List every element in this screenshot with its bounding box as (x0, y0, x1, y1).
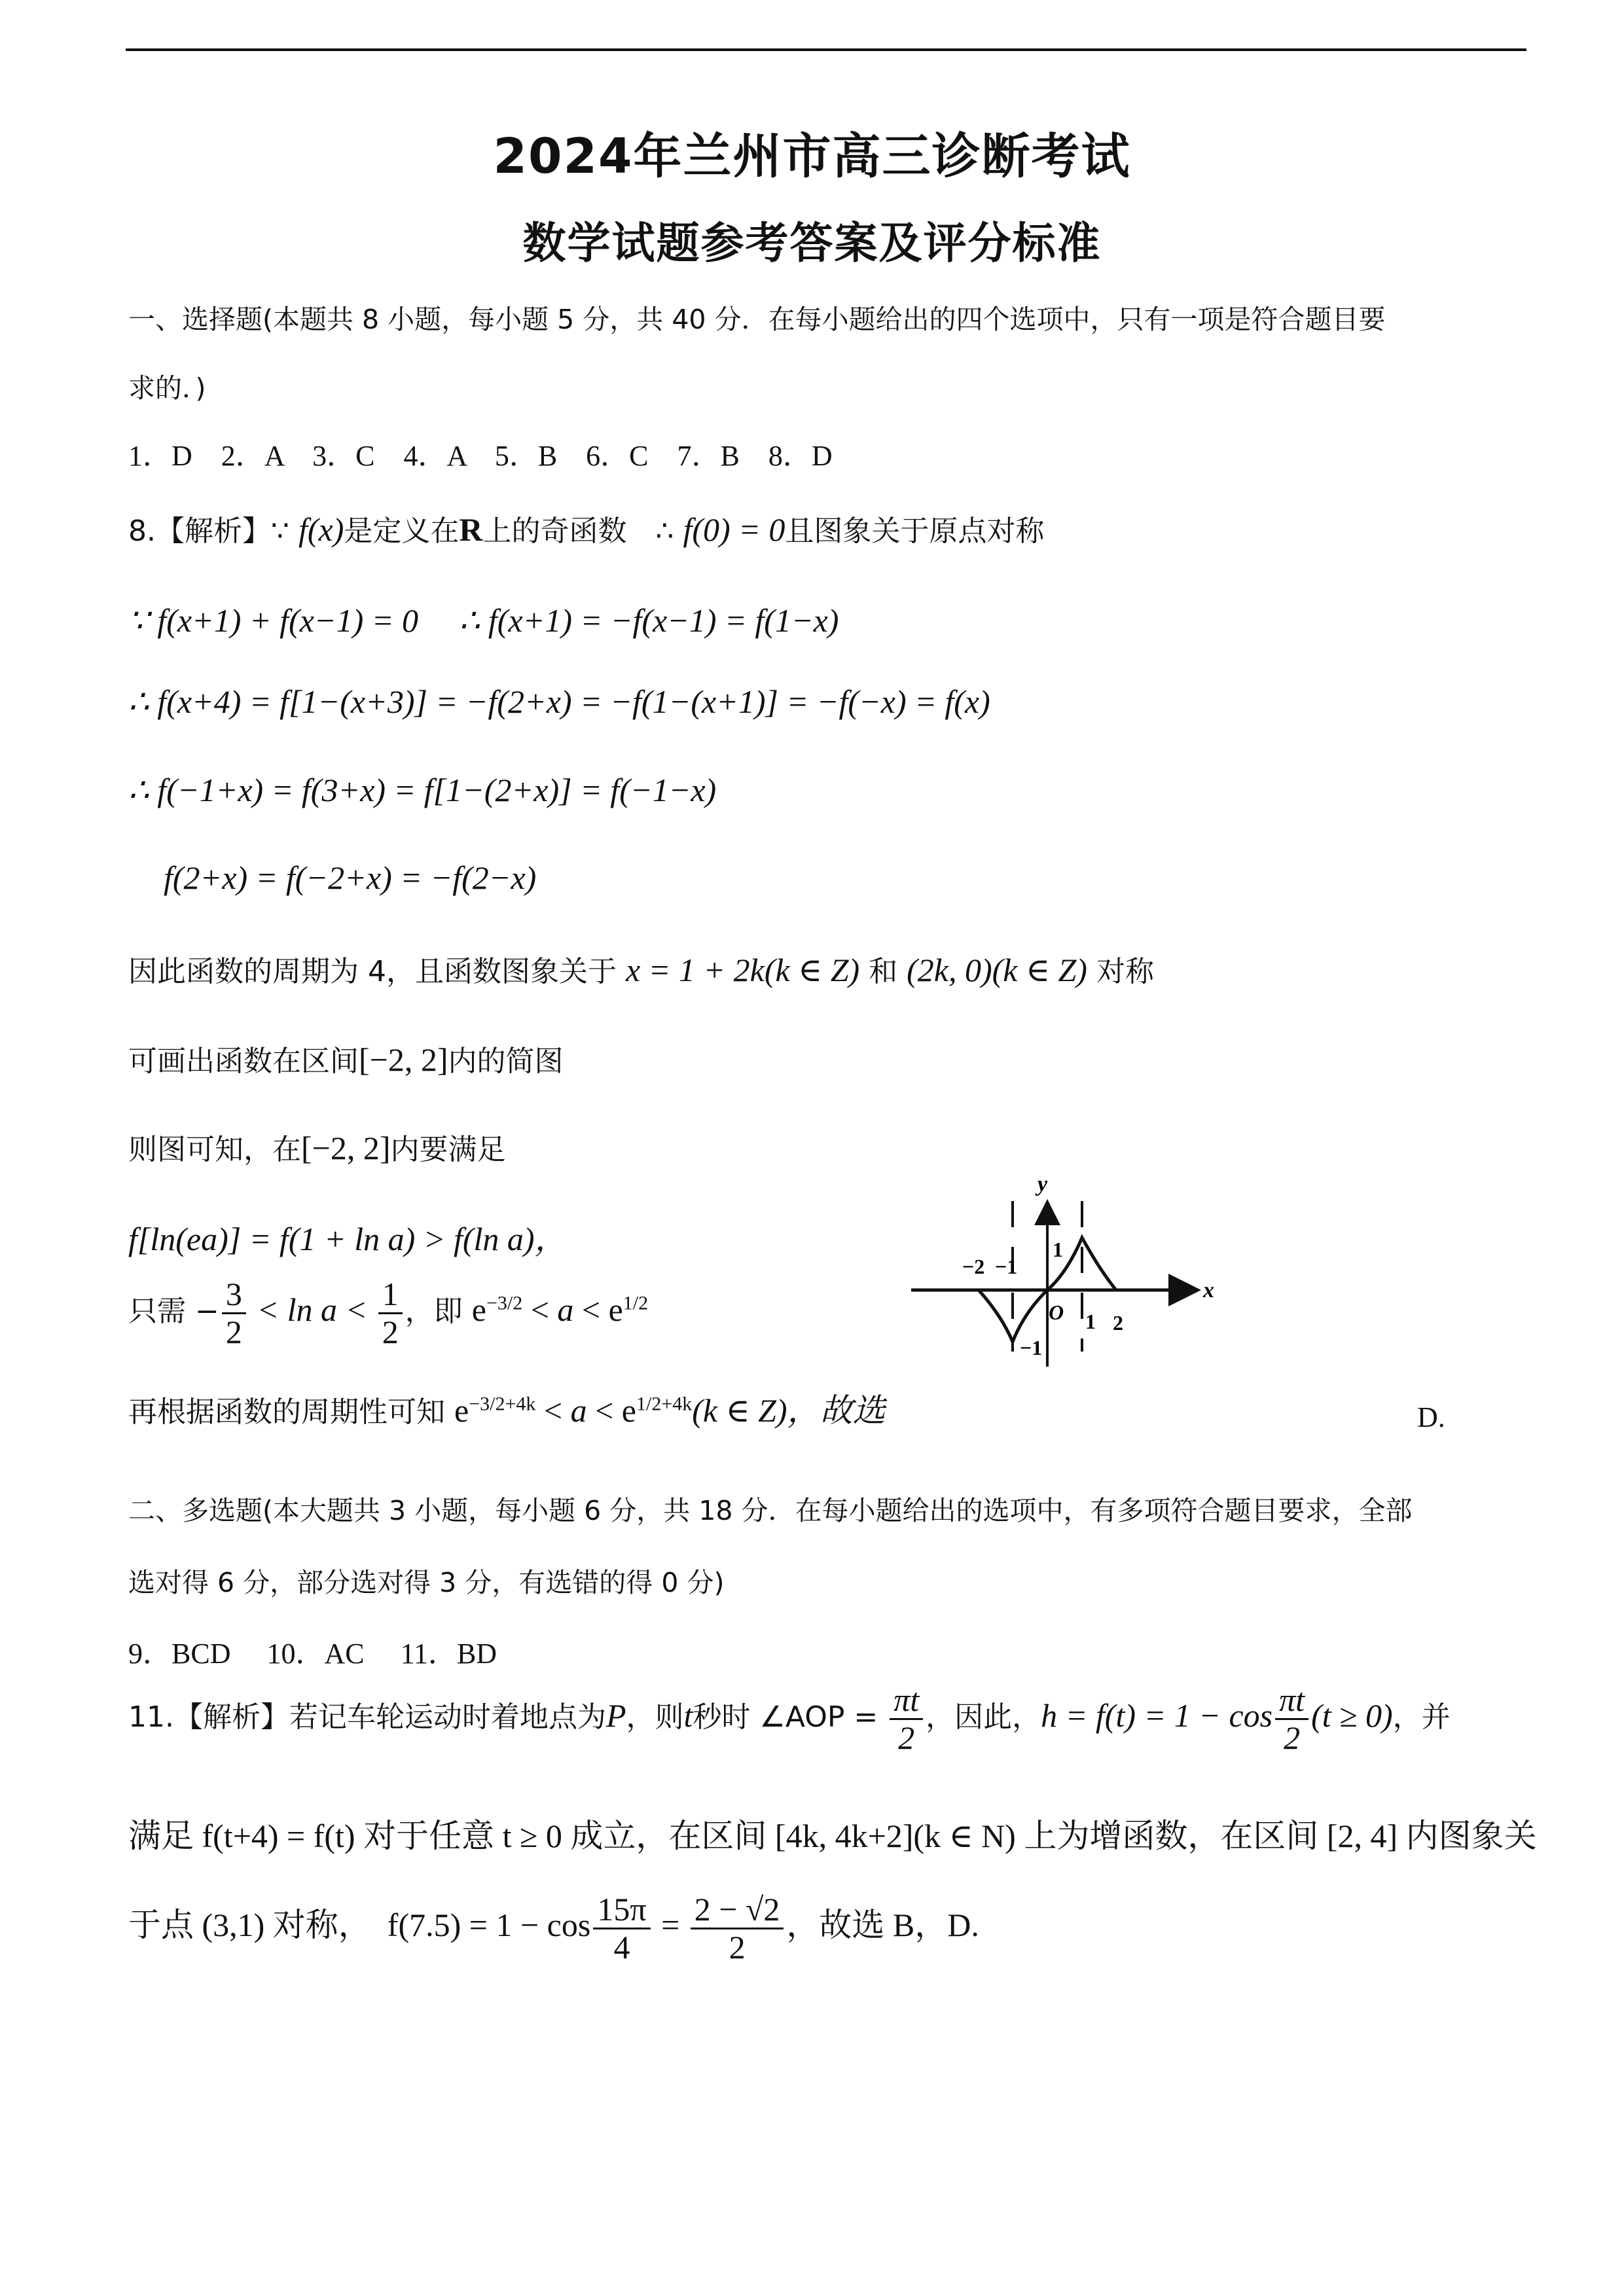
section2-answers: 9．BCD 10．AC 11．BD (128, 1630, 497, 1672)
q8-line2: ∵ f(x+1) + f(x−1) = 0 ∴ f(x+1) = −f(x−1)… (128, 594, 839, 641)
section2-heading-line2: 选对得 6 分，部分选对得 3 分，有选错的得 0 分) (128, 1561, 724, 1600)
q8-line4: ∴ f(−1+x) = f(3+x) = f[1−(2+x)] = f(−1−x… (128, 771, 716, 809)
svg-text:1: 1 (1053, 1238, 1063, 1261)
function-sketch-graph: y x O −2 −1 1 2 1 −1 (903, 1152, 1427, 1374)
q11-line1: 11.【解析】若记车轮运动时着地点为P，则t秒时 ∠AOP = πt2，因此，h… (128, 1682, 1451, 1756)
svg-text:−1: −1 (1020, 1336, 1042, 1359)
fraction: 15π4 (593, 1892, 650, 1965)
q8-answer: D. (1417, 1401, 1445, 1434)
section1-heading-line1: 一、选择题(本题共 8 小题，每小题 5 分，共 40 分．在每小题给出的四个选… (128, 298, 1386, 336)
q11-line3: 于点 (3,1) 对称， f(7.5) = 1 − cos15π4 = 2 − … (128, 1892, 979, 1965)
q8-label: 8.【解析】∵ (128, 514, 298, 548)
q8-line7: 可画出函数在区间[−2, 2]内的简图 (128, 1037, 564, 1079)
svg-text:−1: −1 (995, 1255, 1017, 1278)
x-axis-label: x (1202, 1278, 1214, 1302)
fraction: 12 (378, 1276, 403, 1350)
page-title: 2024年兰州市高三诊断考试 (0, 118, 1624, 187)
fraction: 2 − √22 (691, 1892, 784, 1965)
q8-line5: f(2+x) = f(−2+x) = −f(2−x) (164, 859, 536, 897)
q8-line11: 再根据函数的周期性可知 e−3/2+4k < a < e1/2+4k(k ∈ Z… (128, 1384, 886, 1431)
q8-line10: 只需 −32 < ln a < 12，即 e−3/2 < a < e1/2 (128, 1276, 648, 1350)
fraction: πt2 (890, 1682, 923, 1756)
q8-line9: f[ln(ea)] = f(1 + ln a) > f(ln a)， (128, 1213, 568, 1260)
top-rule (126, 48, 1526, 51)
q11-line2: 满足 f(t+4) = f(t) 对于任意 t ≥ 0 成立，在区间 [4k, … (128, 1810, 1537, 1857)
svg-text:2: 2 (1113, 1311, 1123, 1335)
fraction: πt2 (1275, 1682, 1308, 1756)
svg-text:1: 1 (1085, 1310, 1096, 1333)
page-subtitle: 数学试题参考答案及评分标准 (0, 208, 1624, 270)
section1-heading-line2: 求的．) (128, 367, 206, 405)
fraction: 32 (222, 1276, 246, 1350)
q8-line1: 8.【解析】∵ f(x)是定义在R上的奇函数 ∴ f(0) = 0且图象关于原点… (128, 507, 1044, 549)
y-axis-label: y (1035, 1172, 1048, 1196)
origin-label: O (1049, 1300, 1064, 1324)
svg-text:−2: −2 (962, 1255, 984, 1278)
section2-heading-line1: 二、多选题(本大题共 3 小题，每小题 6 分，共 18 分．在每小题给出的选项… (128, 1489, 1413, 1528)
q8-line8: 则图可知，在[−2, 2]内要满足 (128, 1126, 506, 1168)
q8-line6: 因此函数的周期为 4，且函数图象关于 x = 1 + 2k(k ∈ Z) 和 (… (128, 948, 1154, 990)
section1-answers: 1．D 2．A 3．C 4．A 5．B 6．C 7．B 8．D (128, 432, 833, 474)
q8-line3: ∴ f(x+4) = f[1−(x+3)] = −f(2+x) = −f(1−(… (128, 683, 990, 721)
